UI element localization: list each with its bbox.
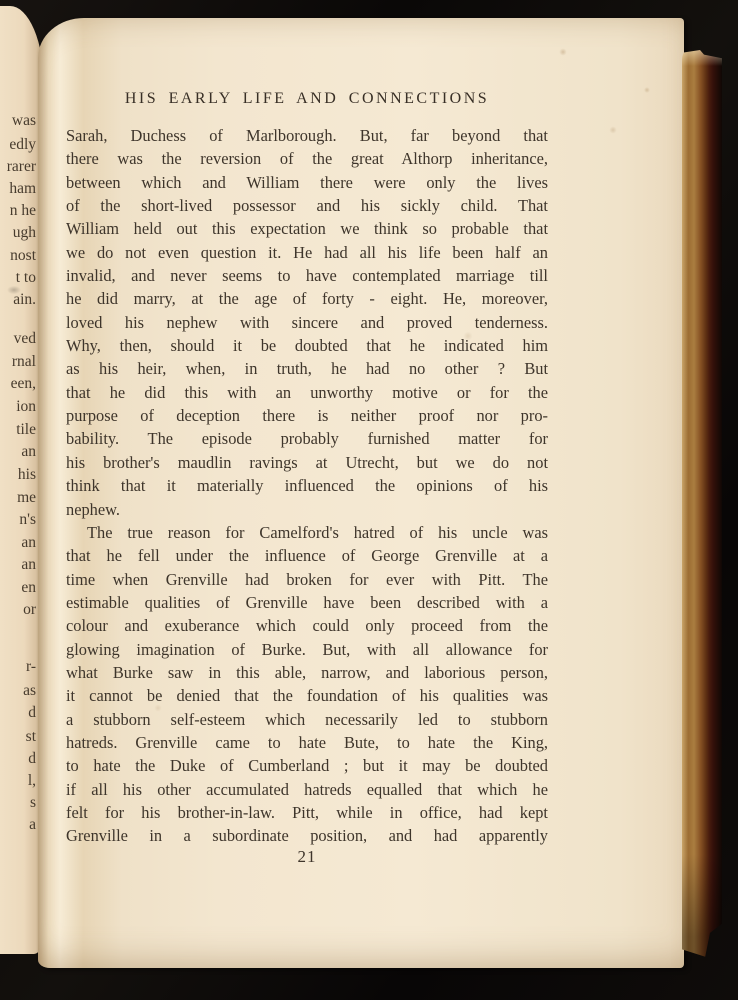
- text-line: between which and William there were onl…: [66, 171, 548, 194]
- text-line: a stubborn self-esteem which necessarily…: [66, 708, 548, 731]
- text-line: purpose of deception there is neither pr…: [66, 404, 548, 427]
- line-fragment: me: [17, 489, 36, 507]
- line-fragment: n he: [10, 202, 36, 220]
- line-fragment: nost: [10, 247, 36, 265]
- text-line: loved his nephew with sincere and proved…: [66, 311, 548, 334]
- line-fragment: ion: [16, 398, 36, 416]
- line-fragment: as: [23, 682, 36, 700]
- line-fragment: s: [30, 794, 36, 812]
- line-fragment: n's: [19, 511, 36, 529]
- text-line: Why, then, should it be doubted that he …: [66, 334, 548, 357]
- text-line: we do not even question it. He had all h…: [66, 241, 548, 264]
- line-fragment: en: [21, 579, 36, 597]
- line-fragment: t to: [16, 269, 36, 287]
- line-fragment: rnal: [12, 353, 36, 371]
- line-fragment: d: [28, 704, 36, 722]
- line-fragment: tile: [16, 421, 36, 439]
- line-fragment: or: [23, 601, 36, 619]
- line-fragment: was: [12, 112, 36, 130]
- text-line: his brother's maudlin ravings at Utrecht…: [66, 451, 548, 474]
- text-line: that he fell under the influence of Geor…: [66, 544, 548, 567]
- line-fragment: a: [29, 816, 36, 834]
- line-fragment: an: [21, 443, 36, 461]
- text-line: William held out this expectation we thi…: [66, 217, 548, 240]
- text-line: if all his other accumulated hatreds equ…: [66, 778, 548, 801]
- line-fragment: ugh: [13, 224, 36, 242]
- line-fragment: ved: [14, 330, 36, 348]
- text-line: to hate the Duke of Cumberland ; but it …: [66, 754, 548, 777]
- line-fragment: an: [21, 534, 36, 552]
- text-line: there was the reversion of the great Alt…: [66, 147, 548, 170]
- line-fragment: een,: [11, 375, 36, 393]
- text-line: invalid, and never seems to have contemp…: [66, 264, 548, 287]
- text-line: of the short-lived possessor and his sic…: [66, 194, 548, 217]
- text-line: time when Grenville had broken for ever …: [66, 568, 548, 591]
- text-line: The true reason for Camelford's hatred o…: [66, 521, 548, 544]
- text-line: glowing imagination of Burke. But, with …: [66, 638, 548, 661]
- running-header: HIS EARLY LIFE AND CONNECTIONS: [66, 90, 548, 108]
- line-fragment: ham: [9, 180, 36, 198]
- text-line: nephew.: [66, 498, 548, 521]
- text-line: it cannot be denied that the foundation …: [66, 684, 548, 707]
- line-fragment: his: [18, 466, 36, 484]
- text-line: Grenville in a subordinate position, and…: [66, 824, 548, 847]
- text-line: that he did this with an unworthy motive…: [66, 381, 548, 404]
- text-line: bability. The episode probably furnished…: [66, 427, 548, 450]
- line-fragment: an: [21, 556, 36, 574]
- text-line: think that it materially influenced the …: [66, 474, 548, 497]
- text-line: as his heir, when, in truth, he had no o…: [66, 357, 548, 380]
- line-fragment: r-: [26, 658, 36, 676]
- page-number: 21: [66, 847, 548, 867]
- text-line: hatreds. Grenville came to hate Bute, to…: [66, 731, 548, 754]
- text-line: what Burke saw in this able, narrow, and…: [66, 661, 548, 684]
- line-fragment: st: [26, 728, 36, 746]
- line-fragment: d: [28, 750, 36, 768]
- text-line: he did marry, at the age of forty - eigh…: [66, 287, 548, 310]
- text-line: colour and exuberance which could only p…: [66, 614, 548, 637]
- line-fragment: rarer: [7, 158, 36, 176]
- text-line: felt for his brother-in-law. Pitt, while…: [66, 801, 548, 824]
- text-line: Sarah, Duchess of Marlborough. But, far …: [66, 124, 548, 147]
- book-fore-edge: [682, 50, 722, 964]
- line-fragment: ain.: [13, 291, 36, 309]
- text-line: estimable qualities of Grenville have be…: [66, 591, 548, 614]
- line-fragment: l,: [28, 772, 36, 790]
- book-page: HIS EARLY LIFE AND CONNECTIONS Sarah, Du…: [38, 18, 684, 968]
- body-text: Sarah, Duchess of Marlborough. But, far …: [66, 124, 548, 848]
- line-fragment: edly: [9, 136, 36, 154]
